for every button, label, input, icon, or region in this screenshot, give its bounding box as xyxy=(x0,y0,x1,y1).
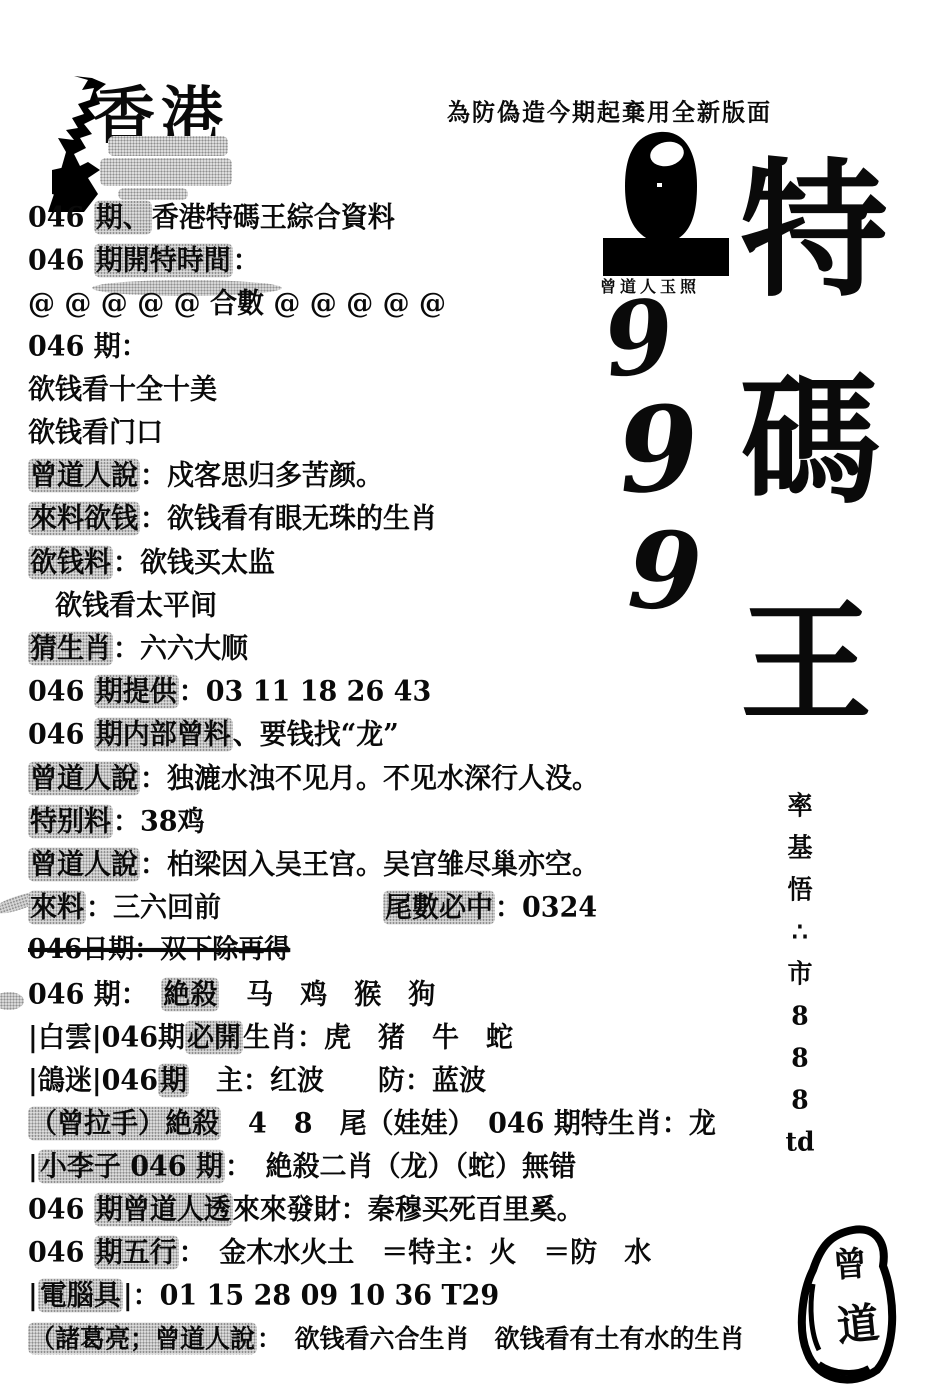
text-line: 046 期内部曾料、要钱找“龙” xyxy=(28,719,788,751)
text-segment: ： xyxy=(233,245,260,277)
text-segment-highlighted: 期 xyxy=(158,1064,189,1098)
text-line: |小李子 046 期： 絶殺二肖（龙）（蛇）無错 xyxy=(28,1151,788,1183)
text-line: 欲钱看门口 xyxy=(28,417,788,449)
text-segment: 046 xyxy=(28,676,94,708)
text-segment: 046 期： xyxy=(28,979,161,1011)
seal-char: 曾 xyxy=(832,1247,868,1283)
text-line: 來料欲钱：欲钱看有眼无珠的生肖 xyxy=(28,503,788,535)
text-segment-highlighted: 欲钱料 xyxy=(28,546,113,580)
text-segment-highlighted: （諸葛亮；曾道人說 xyxy=(28,1323,257,1355)
text-line: 曾道人說：独漉水浊不见月。不见水深行人没。 xyxy=(28,763,788,795)
text-segment: ： 絶殺二肖（龙）（蛇）無错 xyxy=(225,1151,576,1183)
text-segment-highlighted: （曾拉手）絶殺 xyxy=(28,1107,221,1141)
text-segment: 046 xyxy=(28,245,94,277)
text-segment: | xyxy=(28,1151,38,1183)
text-segment-highlighted: 小李子 046 期 xyxy=(38,1150,225,1184)
text-segment: ： 欲钱看六合生肖 欲钱看有土有水的生肖 xyxy=(257,1324,745,1354)
text-segment: ：六六大顺 xyxy=(113,633,248,665)
text-line: 046 期： xyxy=(28,331,788,363)
text-line: 欲钱看十全十美 xyxy=(28,374,788,406)
body-text: 046 期、香港特碼王綜合資料046 期開特時間：@ @ @ @ @ 合數 @ … xyxy=(28,202,788,1366)
vertical-small-char: 8 xyxy=(791,1086,808,1112)
text-segment: 马 鸡 猴 狗 xyxy=(219,979,435,1011)
seal-char: 道 xyxy=(835,1302,881,1348)
text-line: |白雲|046期必開生肖：虎 猪 牛 蛇 xyxy=(28,1022,788,1054)
text-segment: ：戍客思归多苦颜。 xyxy=(140,460,383,492)
text-line: 來料：三六回前 尾數必中：0324 xyxy=(28,892,788,924)
text-segment: |鴿迷|046 xyxy=(28,1065,158,1097)
text-segment: 欲钱看十全十美 xyxy=(28,374,217,406)
smudge xyxy=(100,158,232,186)
text-segment-highlighted: 電腦具 xyxy=(38,1279,123,1313)
text-segment: @ @ @ @ @ 合數 @ @ @ @ @ xyxy=(28,288,446,320)
text-line: 曾道人說：戍客思归多苦颜。 xyxy=(28,460,788,492)
text-segment-highlighted: 曾道人說 xyxy=(28,459,140,493)
text-segment-highlighted: 絶殺 xyxy=(161,978,219,1012)
text-line: 046 期提供：03 11 18 26 43 xyxy=(28,676,788,708)
text-line: 046 期曾道人透來來發財：秦穆买死百里奚。 xyxy=(28,1194,788,1226)
text-segment: 046 xyxy=(28,202,94,234)
text-line-struck: 046日期：双下除再得 xyxy=(28,935,788,967)
text-segment: |：01 15 28 09 10 36 T29 xyxy=(123,1280,499,1312)
text-segment-highlighted: 期、 xyxy=(94,201,152,235)
text-line: @ @ @ @ @ 合數 @ @ @ @ @ xyxy=(28,288,788,320)
text-segment: 欲钱看门口 xyxy=(28,417,163,449)
text-segment: ：柏梁因入吴王宫。吴宫雏尽巢亦空。 xyxy=(140,849,599,881)
text-line: 欲钱看太平间 xyxy=(28,590,788,622)
text-line: 046 期開特時間： xyxy=(28,245,788,277)
text-segment: ：0324 xyxy=(495,892,597,924)
text-line: （諸葛亮；曾道人說： 欲钱看六合生肖 欲钱看有土有水的生肖 xyxy=(28,1323,788,1355)
text-segment-highlighted: 猜生肖 xyxy=(28,632,113,666)
smudge xyxy=(108,136,228,156)
text-segment-highlighted: 期五行 xyxy=(94,1236,179,1270)
text-line: 046 期、香港特碼王綜合資料 xyxy=(28,202,788,234)
text-segment-highlighted: 來料欲钱 xyxy=(28,502,140,536)
text-segment-highlighted: 期曾道人透 xyxy=(94,1193,233,1227)
vertical-small-char: td xyxy=(785,1128,814,1154)
text-line: （曾拉手）絶殺 4 8 尾（娃娃） 046 期特生肖：龙 xyxy=(28,1108,788,1140)
text-segment-highlighted: 來料 xyxy=(28,891,86,925)
vertical-small-char: 率 xyxy=(787,792,812,818)
vertical-small-char: ∴ xyxy=(792,918,808,944)
text-segment-highlighted: 尾數必中 xyxy=(383,891,495,925)
text-segment: 4 8 尾（娃娃） 046 期特生肖：龙 xyxy=(221,1108,716,1140)
text-segment: ：38鸡 xyxy=(113,806,205,838)
text-line: |鴿迷|046期 主：红波 防：蓝波 xyxy=(28,1065,788,1097)
text-segment: 046 期： xyxy=(28,331,148,363)
text-segment: ：欲钱看有眼无珠的生肖 xyxy=(140,503,437,535)
text-line: 特别料：38鸡 xyxy=(28,806,788,838)
text-segment: ： 金木水火土 ＝特主：火 ＝防 水 xyxy=(179,1237,652,1269)
seal-stamp: 曾 道 xyxy=(793,1224,911,1389)
vertical-small-char: 基 xyxy=(787,834,812,860)
text-segment: 香港特碼王綜合資料 xyxy=(152,202,395,234)
text-segment: ：欲钱买太监 xyxy=(113,547,275,579)
text-line: 欲钱料：欲钱买太监 xyxy=(28,547,788,579)
smudge xyxy=(118,188,188,200)
text-segment-highlighted: 曾道人說 xyxy=(28,762,140,796)
text-segment: | xyxy=(28,1280,38,1312)
text-line: |電腦具|：01 15 28 09 10 36 T29 xyxy=(28,1280,788,1312)
smudge xyxy=(0,992,24,1010)
anti-counterfeit-slogan: 為防偽造今期起棄用全新版面 xyxy=(447,93,772,128)
text-segment: ：03 11 18 26 43 xyxy=(179,676,431,708)
text-segment-highlighted: 曾道人說 xyxy=(28,848,140,882)
text-segment: 來來發財：秦穆买死百里奚。 xyxy=(233,1194,584,1226)
text-segment-highlighted: 期内部曾料 xyxy=(94,718,233,752)
scanned-tip-sheet: 為防偽造今期起棄用全新版面 香港 曾道人玉照 9 9 9 特 碼 王 率基悟∴市… xyxy=(0,0,940,1391)
text-segment: 046日期：双下除再得 xyxy=(28,935,290,966)
text-line: 曾道人說：柏梁因入吴王宫。吴宫雏尽巢亦空。 xyxy=(28,849,788,881)
text-segment-highlighted: 必開 xyxy=(185,1021,243,1055)
text-segment: 生肖：虎 猪 牛 蛇 xyxy=(243,1022,513,1054)
text-line: 046 期五行： 金木水火土 ＝特主：火 ＝防 水 xyxy=(28,1237,788,1269)
vertical-small-char: 8 xyxy=(791,1002,808,1028)
text-segment: 046 xyxy=(28,719,94,751)
vertical-small-char: 市 xyxy=(787,960,812,986)
text-segment: ：独漉水浊不见月。不见水深行人没。 xyxy=(140,763,599,795)
text-segment: 046 xyxy=(28,1237,94,1269)
text-segment: 、要钱找“龙” xyxy=(233,719,399,751)
text-line: 046 期： 絶殺 马 鸡 猴 狗 xyxy=(28,979,788,1011)
text-segment-highlighted: 期提供 xyxy=(94,675,179,709)
text-segment: 主：红波 防：蓝波 xyxy=(189,1065,486,1097)
text-segment xyxy=(221,892,383,924)
vertical-small-char: 8 xyxy=(791,1044,808,1070)
text-segment-highlighted: 期開特時間 xyxy=(94,244,233,278)
text-segment: ：三六回前 xyxy=(86,892,221,924)
text-segment: 欲钱看太平间 xyxy=(28,590,217,622)
text-segment: |白雲|046期 xyxy=(28,1022,185,1054)
vertical-small-char: 悟 xyxy=(787,876,812,902)
text-segment: 046 xyxy=(28,1194,94,1226)
text-line: 猜生肖：六六大顺 xyxy=(28,633,788,665)
text-segment-highlighted: 特别料 xyxy=(28,805,113,839)
